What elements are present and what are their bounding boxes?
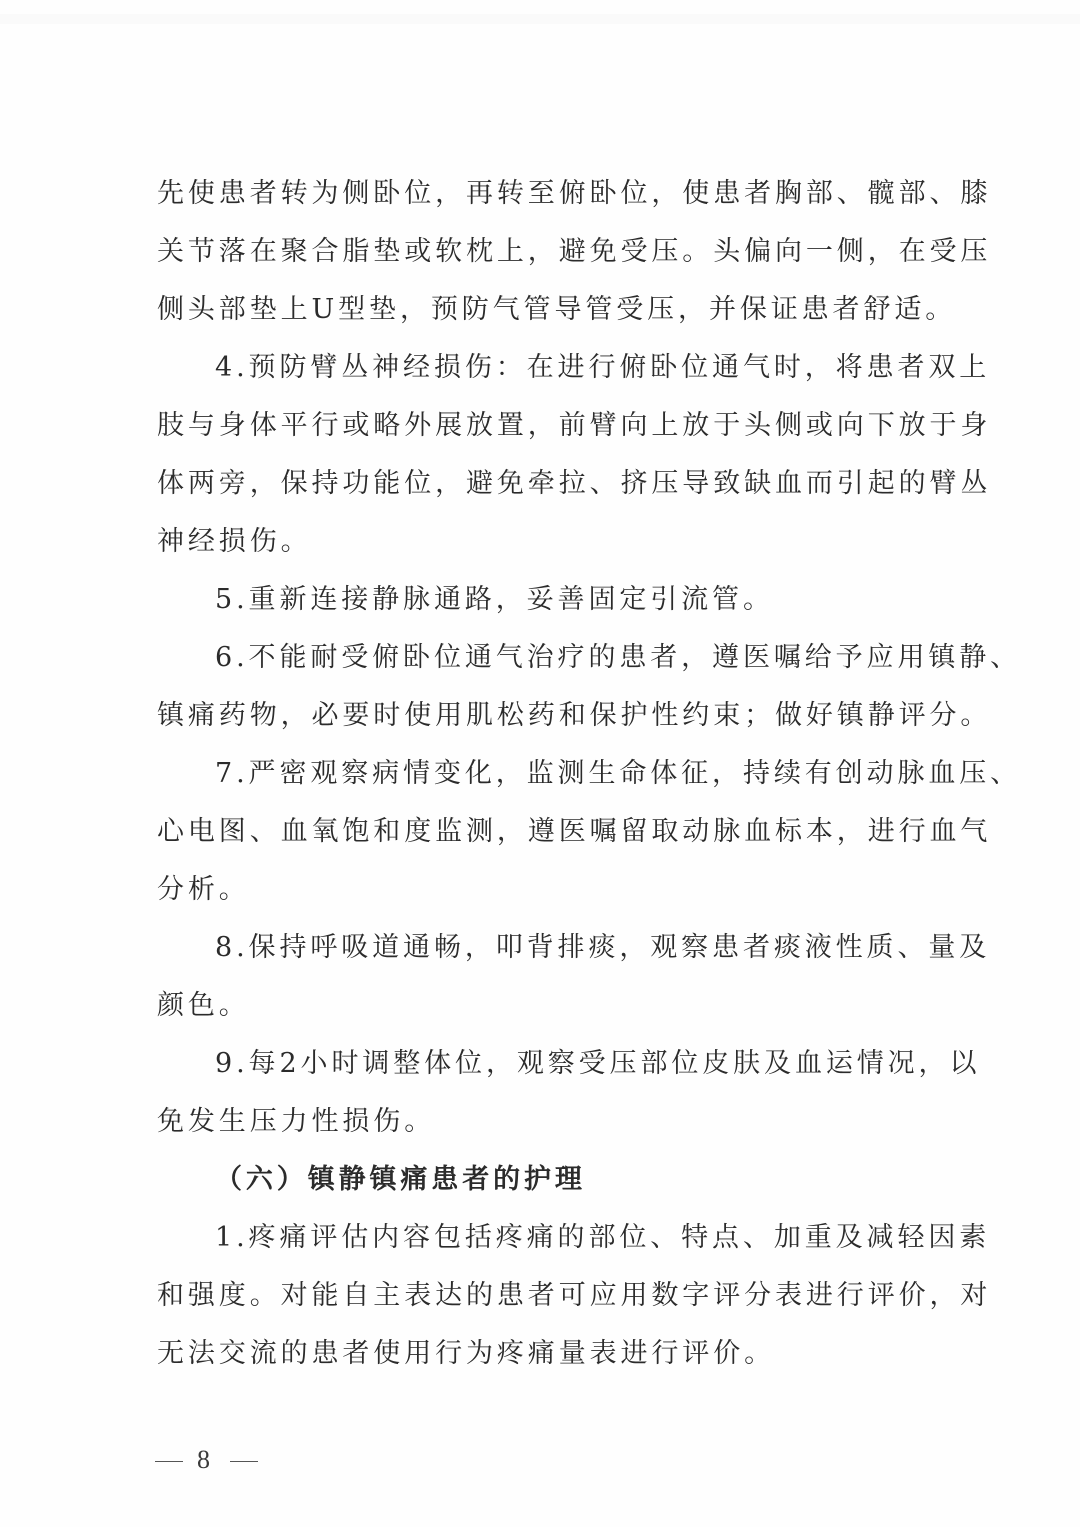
text-line: 免发生压力性损伤。 bbox=[157, 1093, 947, 1151]
paragraph-item-4: 4.预防臂丛神经损伤：在进行俯卧位通气时，将患者双上 bbox=[157, 339, 947, 397]
paragraph-item-7: 7.严密观察病情变化，监测生命体征，持续有创动脉血压、 bbox=[157, 745, 947, 803]
paragraph-item-1: 1.疼痛评估内容包括疼痛的部位、特点、加重及减轻因素 bbox=[157, 1209, 947, 1267]
paragraph-item-9: 9.每2小时调整体位，观察受压部位皮肤及血运情况，以 bbox=[157, 1035, 947, 1093]
body-text: 先使患者转为侧卧位，再转至俯卧位，使患者胸部、髋部、膝 关节落在聚合脂垫或软枕上… bbox=[157, 165, 947, 1383]
text-line: 颜色。 bbox=[157, 977, 947, 1035]
text-line: 心电图、血氧饱和度监测，遵医嘱留取动脉血标本，进行血气 bbox=[157, 803, 947, 861]
scan-edge bbox=[0, 14, 1080, 24]
text-line: 和强度。对能自主表达的患者可应用数字评分表进行评价，对 bbox=[157, 1267, 947, 1325]
page-number-value: 8 bbox=[197, 1445, 216, 1475]
text-line: 镇痛药物，必要时使用肌松药和保护性约束；做好镇静评分。 bbox=[157, 687, 947, 745]
text-line: 神经损伤。 bbox=[157, 513, 947, 571]
text-line: 侧头部垫上U型垫，预防气管导管受压，并保证患者舒适。 bbox=[157, 281, 947, 339]
dash-right bbox=[230, 1461, 258, 1462]
paragraph-item-6: 6.不能耐受俯卧位通气治疗的患者，遵医嘱给予应用镇静、 bbox=[157, 629, 947, 687]
paragraph-item-8: 8.保持呼吸道通畅，叩背排痰，观察患者痰液性质、量及 bbox=[157, 919, 947, 977]
text-line: 体两旁，保持功能位，避免牵拉、挤压导致缺血而引起的臂丛 bbox=[157, 455, 947, 513]
text-line: 先使患者转为侧卧位，再转至俯卧位，使患者胸部、髋部、膝 bbox=[157, 165, 947, 223]
text-line: 肢与身体平行或略外展放置，前臂向上放于头侧或向下放于身 bbox=[157, 397, 947, 455]
text-line: 分析。 bbox=[157, 861, 947, 919]
document-page: 先使患者转为侧卧位，再转至俯卧位，使患者胸部、髋部、膝 关节落在聚合脂垫或软枕上… bbox=[0, 0, 1080, 1527]
page-number: 8 bbox=[155, 1445, 258, 1475]
paragraph-item-5: 5.重新连接静脉通路，妥善固定引流管。 bbox=[157, 571, 947, 629]
text-line: 关节落在聚合脂垫或软枕上，避免受压。头偏向一侧，在受压 bbox=[157, 223, 947, 281]
section-heading: （六）镇静镇痛患者的护理 bbox=[157, 1151, 947, 1209]
text-line: 无法交流的患者使用行为疼痛量表进行评价。 bbox=[157, 1325, 947, 1383]
dash-left bbox=[155, 1461, 183, 1462]
